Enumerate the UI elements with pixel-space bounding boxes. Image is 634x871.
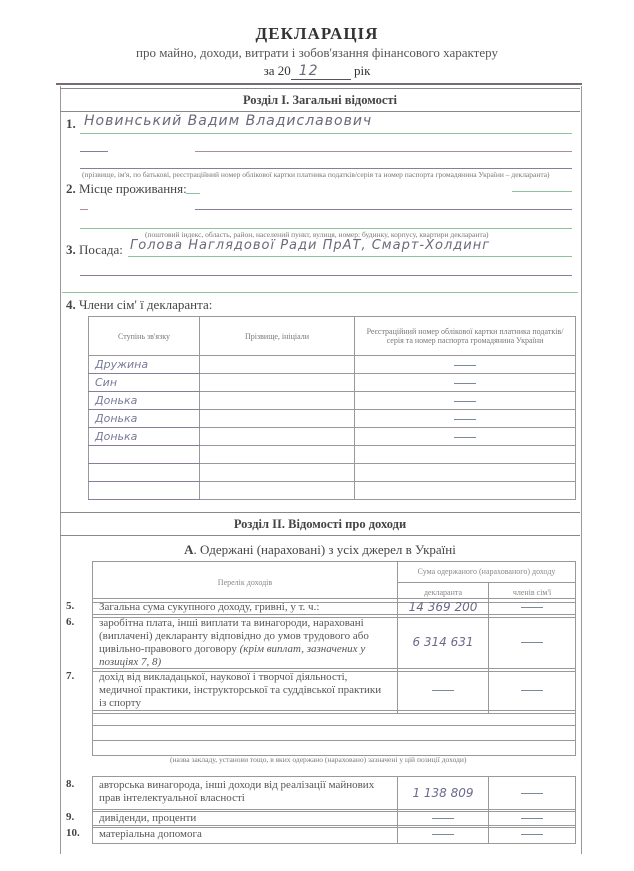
family-row: Дружина: [89, 356, 576, 374]
institution-blank-row: [93, 726, 576, 741]
id-cell: [355, 428, 576, 446]
id-cell: [355, 446, 576, 464]
section-2-title: Розділ ІІ. Відомості про доходи: [60, 512, 580, 536]
income-text: авторська винагорода, інші доходи від ре…: [99, 779, 374, 804]
id-line: [195, 151, 572, 152]
dash-mark: [521, 818, 543, 819]
item-4-label: 4. Члени сім' ї декларанта:: [66, 297, 212, 313]
position-value: Голова Наглядової Ради ПрАТ, Смарт-Холди…: [130, 238, 490, 253]
institution-blank-row: [93, 741, 576, 756]
document-title: ДЕКЛАРАЦІЯ: [0, 24, 634, 44]
income-row-number: 7.: [66, 670, 74, 682]
family-row: [89, 482, 576, 500]
income-text: дохід від викладацької, наукової і творч…: [99, 671, 381, 709]
dash-mark: [521, 834, 543, 835]
institution-blank-row: [93, 711, 576, 726]
income-row: заробітна плата, інші виплати та винагор…: [92, 614, 576, 672]
header-divider: [56, 83, 582, 85]
dash-mark: [454, 383, 476, 384]
relation-cell: [89, 446, 200, 464]
dash-mark: [432, 834, 454, 835]
family-amount: [489, 826, 576, 844]
name-line: [80, 133, 572, 134]
declarant-amount: 6 314 631: [398, 615, 489, 672]
family-row: Син: [89, 374, 576, 392]
item-1-caption: (прізвище, ім'я, по батькові, реєстрацій…: [82, 170, 550, 179]
id-cell: [355, 464, 576, 482]
income-description: дохід від викладацької, наукової і творч…: [93, 669, 398, 714]
subsection-a-title: А. Одержані (нараховані) з усіх джерел в…: [60, 542, 580, 558]
address-dash: [80, 209, 88, 210]
item-3-label: 3. Посада:: [66, 242, 123, 258]
name-cell: [200, 428, 355, 446]
relation-cell: Донька: [89, 410, 200, 428]
family-row: [89, 464, 576, 482]
dash-mark: [432, 690, 454, 691]
income-row: авторська винагорода, інші доходи від ре…: [92, 776, 576, 812]
family-members-table: Ступінь зв'язку Прізвище, ініціали Реєст…: [88, 316, 576, 500]
family-row: Донька: [89, 410, 576, 428]
name-cell: [200, 482, 355, 500]
relation-cell: Донька: [89, 428, 200, 446]
declarant-amount: [398, 669, 489, 714]
relation-cell: Син: [89, 374, 200, 392]
id-dash-line: [80, 151, 108, 152]
col-name: Прізвище, ініціали: [200, 317, 355, 356]
address-start-line: [186, 193, 200, 194]
income-text: Загальна сума сукупного доходу, гривні, …: [99, 601, 319, 613]
name-cell: [200, 356, 355, 374]
declaration-year: за 2012 рік: [0, 63, 634, 80]
id-cell: [355, 410, 576, 428]
relation-cell: Дружина: [89, 356, 200, 374]
family-amount: [489, 669, 576, 714]
declarant-amount: [398, 826, 489, 844]
address-line-2: [195, 209, 572, 210]
name-cell: [200, 464, 355, 482]
family-row: Донька: [89, 392, 576, 410]
name-cell: [200, 392, 355, 410]
dash-mark: [521, 690, 543, 691]
passport-line: [80, 168, 572, 169]
col-income-list: Перелік доходів: [93, 562, 398, 603]
institution-caption: (назва закладу, установи тощо, в яких од…: [170, 755, 466, 764]
id-cell: [355, 392, 576, 410]
col-id: Реєстраційний номер облікової картки пла…: [355, 317, 576, 356]
relation-cell: [89, 482, 200, 500]
relation-cell: Донька: [89, 392, 200, 410]
item-2-label: 2. Місце проживання:: [66, 181, 187, 197]
dash-mark: [454, 437, 476, 438]
income-text: дивіденди, проценти: [99, 812, 196, 824]
income-description: заробітна плата, інші виплати та винагор…: [93, 615, 398, 672]
item-1-number: 1.: [66, 116, 76, 132]
income-table-header: Перелік доходів Сума одержаного (нарахов…: [92, 561, 576, 603]
id-cell: [355, 356, 576, 374]
amount-value: 6 314 631: [412, 635, 473, 649]
income-row-number: 10.: [66, 827, 80, 839]
amount-value: 14 369 200: [409, 600, 478, 614]
position-line: [128, 256, 572, 257]
dash-mark: [454, 401, 476, 402]
amount-value: 1 138 809: [412, 786, 473, 800]
col-income-sum: Сума одержаного (нарахованого) доходу: [398, 562, 576, 583]
id-cell: [355, 482, 576, 500]
dash-mark: [454, 419, 476, 420]
income-row-number: 9.: [66, 811, 74, 823]
section-1-divider: [62, 292, 578, 293]
address-line-3: [80, 228, 572, 229]
dash-mark: [521, 607, 543, 608]
family-row: Донька: [89, 428, 576, 446]
income-description: авторська винагорода, інші доходи від ре…: [93, 777, 398, 812]
year-suffix: рік: [354, 63, 370, 78]
col-relation: Ступінь зв'язку: [89, 317, 200, 356]
name-cell: [200, 410, 355, 428]
name-cell: [200, 446, 355, 464]
family-amount: [489, 615, 576, 672]
dash-mark: [432, 818, 454, 819]
income-row-number: 5.: [66, 600, 74, 612]
section-1-title: Розділ І. Загальні відомості: [60, 88, 580, 112]
income-description: матеріальна допомога: [93, 826, 398, 844]
declarant-name: Новинський Вадим Владиславович: [84, 113, 372, 129]
year-value: 12: [291, 63, 351, 80]
institution-table: [92, 710, 576, 756]
dash-mark: [454, 365, 476, 366]
address-end-line: [512, 191, 572, 192]
income-text: матеріальна допомога: [99, 828, 202, 840]
income-row: матеріальна допомога: [92, 825, 576, 844]
position-line-2: [80, 275, 572, 276]
name-cell: [200, 374, 355, 392]
year-prefix: за 20: [264, 63, 291, 78]
income-row-number: 6.: [66, 616, 74, 628]
income-row-number: 8.: [66, 778, 74, 790]
relation-cell: [89, 464, 200, 482]
id-cell: [355, 374, 576, 392]
family-row: [89, 446, 576, 464]
declarant-amount: 1 138 809: [398, 777, 489, 812]
family-amount: [489, 777, 576, 812]
dash-mark: [521, 642, 543, 643]
income-row: дохід від викладацької, наукової і творч…: [92, 668, 576, 714]
document-subtitle: про майно, доходи, витрати і зобов'язанн…: [0, 45, 634, 61]
dash-mark: [521, 793, 543, 794]
